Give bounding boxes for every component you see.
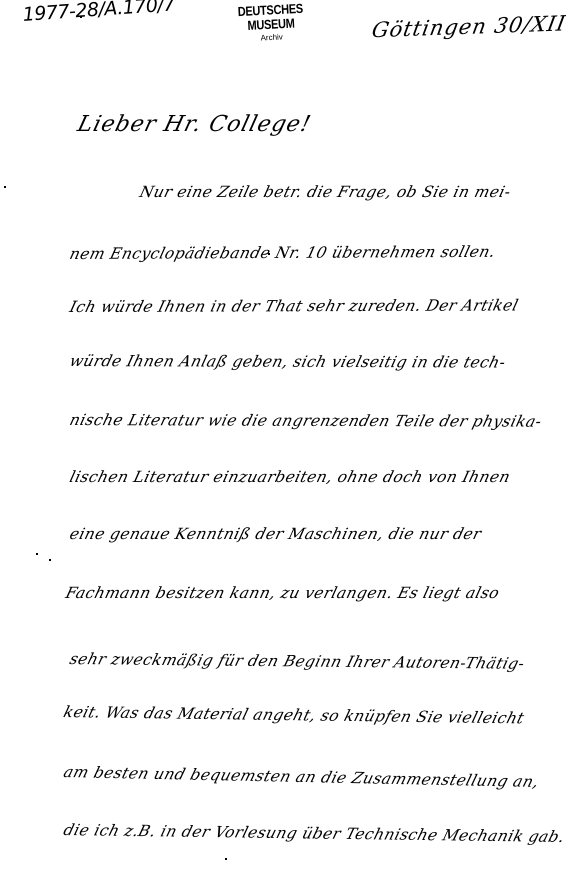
scan-speck [4, 186, 6, 188]
body-line: sehr zweckmäßig für den Beginn Ihrer Aut… [68, 650, 563, 673]
body-line: die ich z.B. in der Vorlesung über Techn… [62, 821, 557, 846]
scan-speck [225, 858, 227, 860]
body-line: Fachmann besitzen kann, zu verlangen. Es… [64, 584, 558, 602]
body-line: nem Encyclopädiebande Nr. 10 übernehmen … [68, 242, 562, 263]
scan-speck [36, 553, 38, 555]
scan-speck [268, 253, 270, 255]
body-line: Nur eine Zeile betr. die Frage, ob Sie i… [138, 183, 562, 201]
scan-speck [49, 559, 51, 561]
body-line: würde Ihnen Anlaß geben, sich vielseitig… [68, 352, 563, 372]
stamp-title: DEUTSCHES MUSEUM [215, 1, 326, 36]
letter-dateline: Göttingen 30/XII 99. [370, 10, 566, 42]
archive-stamp: DEUTSCHES MUSEUM Archiv [215, 3, 327, 45]
scan-speck [80, 16, 82, 18]
archive-number: 1977-28/A.170/7 [22, 0, 176, 26]
body-line: nische Literatur wie die angrenzenden Te… [68, 411, 563, 431]
body-line: keit. Was das Material angeht, so knüpfe… [62, 703, 557, 728]
letter-salutation: Lieber Hr. College! [75, 112, 314, 137]
body-line: Ich würde Ihnen in der That sehr zureden… [68, 296, 562, 316]
body-line: eine genaue Kenntniß der Maschinen, die … [68, 525, 562, 543]
body-line: lischen Literatur einzuarbeiten, ohne do… [68, 468, 562, 486]
body-line: am besten und bequemsten an die Zusammen… [62, 763, 557, 791]
letter-page: 1977-28/A.170/7 DEUTSCHES MUSEUM Archiv … [0, 0, 566, 873]
